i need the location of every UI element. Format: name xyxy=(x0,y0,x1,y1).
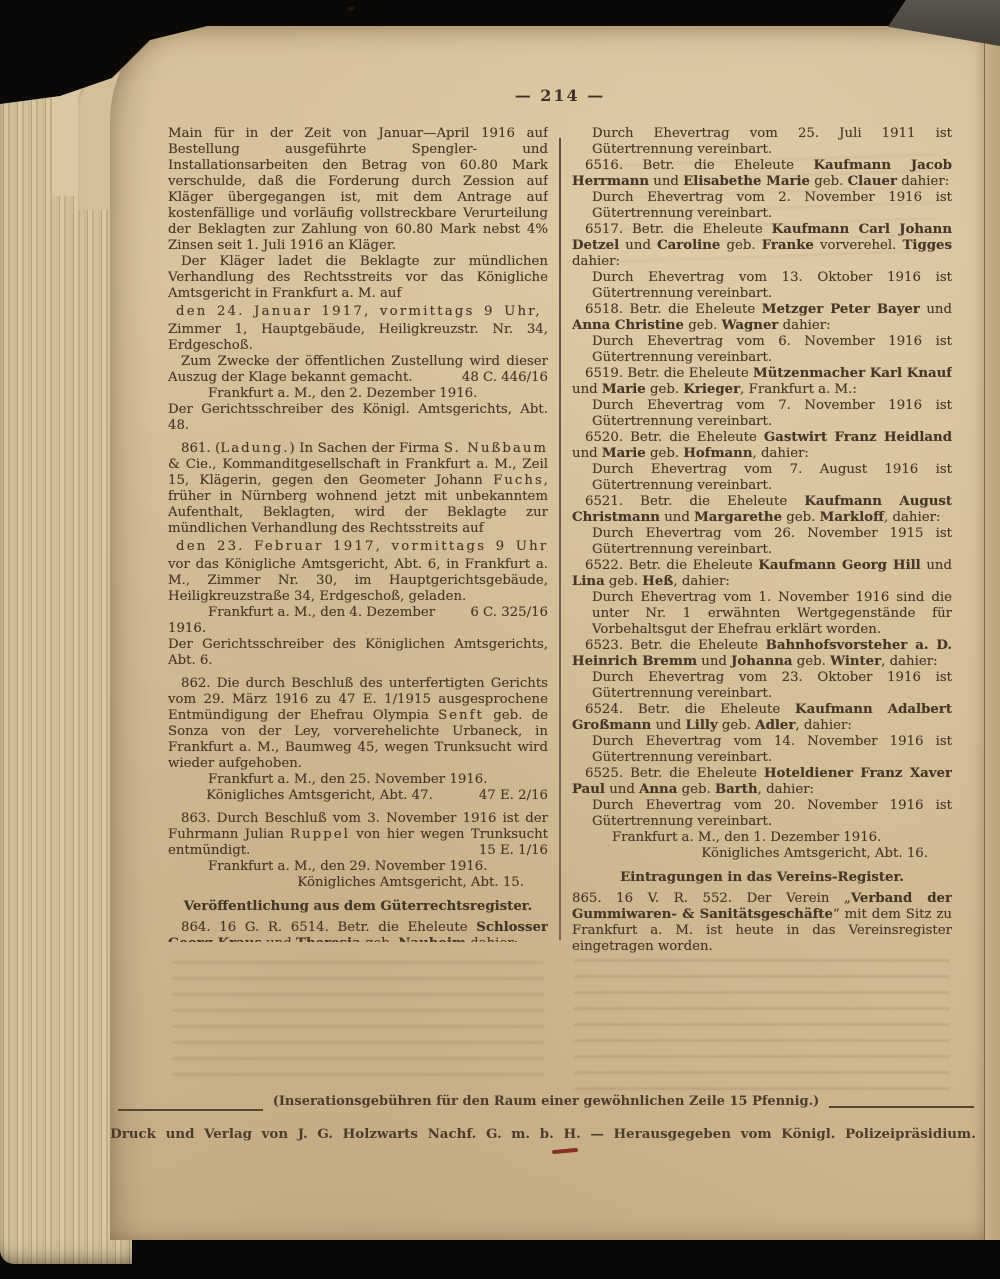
text-segment: geb. xyxy=(361,936,399,942)
text-segment: Der Gerichtsschreiber des Königl. Amtsge… xyxy=(168,402,548,433)
text-segment: Frankfurt a. M., den 1. Dezember 1916. xyxy=(612,830,881,845)
entry-6525: 6525. Betr. die Eheleute Hoteldiener Fra… xyxy=(572,766,952,798)
text-segment: Durch Ehevertrag vom 7. August 1916 ist … xyxy=(592,462,952,493)
contract-6518: Durch Ehevertrag vom 6. November 1916 is… xyxy=(592,334,952,366)
text-segment: Mützenmacher Karl Knauf xyxy=(753,366,952,381)
text-segment: Lina xyxy=(572,574,605,589)
court-signature-abt15: Königliches Amtsgericht, Abt. 15. xyxy=(168,875,548,891)
left-column: Main für in der Zeit von Januar—April 19… xyxy=(168,126,548,942)
text-segment: den 24. Januar 1917, vormittags 9 Uhr, xyxy=(176,304,542,319)
text-segment: und xyxy=(651,718,685,733)
entry-864-6514: 864. 16 G. R. 6514. Betr. die Eheleute S… xyxy=(168,920,548,942)
entry-6524: 6524. Betr. die Eheleute Kaufmann Adalbe… xyxy=(572,702,952,734)
text-segment: Durch Ehevertrag vom 23. Oktober 1916 is… xyxy=(592,670,952,701)
contract-6519: Durch Ehevertrag vom 7. November 1916 is… xyxy=(592,398,952,430)
bleedthrough-text-right xyxy=(574,950,950,1096)
text-segment: Veröffentlichung aus dem Güterrechtsregi… xyxy=(184,899,532,914)
text-segment: und xyxy=(262,936,296,942)
text-segment: Der Gerichtsschreiber des Königlichen Am… xyxy=(168,637,548,668)
text-segment: geb. xyxy=(782,510,820,525)
text-segment: Durch Ehevertrag vom 14. November 1916 i… xyxy=(592,734,952,765)
text-segment: 6520. Betr. die Eheleute xyxy=(585,430,764,445)
text-segment: und xyxy=(920,302,952,317)
heading-gueterrechtsregister: Veröffentlichung aus dem Güterrechtsregi… xyxy=(168,899,548,915)
text-segment: 865. 16 V. R. 552. Der Verein „ xyxy=(572,891,851,906)
text-segment: 6522. Betr. die Eheleute xyxy=(585,558,758,573)
contract-6521: Durch Ehevertrag vom 26. November 1915 i… xyxy=(592,526,952,558)
text-segment: Frankfurt a. M., den 2. Dezember 1916. xyxy=(208,386,477,401)
court-signature-abt16: Königliches Amtsgericht, Abt. 16. xyxy=(572,846,952,862)
text-segment: Gastwirt Franz Heidland xyxy=(764,430,952,445)
text-segment: Frankfurt a. M., den 29. November 1916. xyxy=(208,859,487,874)
text-segment: Nauheim xyxy=(398,936,466,942)
text-segment: , dahier: xyxy=(881,654,937,669)
entry-6521: 6521. Betr. die Eheleute Kaufmann August… xyxy=(572,494,952,526)
text-segment: Königliches Amtsgericht, Abt. 16. xyxy=(701,846,928,861)
text-segment: geb. xyxy=(718,718,756,733)
entry-6520: 6520. Betr. die Eheleute Gastwirt Franz … xyxy=(572,430,952,462)
entry-865-vereinsregister: 865. 16 V. R. 552. Der Verein „Verband d… xyxy=(572,891,952,954)
text-segment: 861. ( xyxy=(181,441,220,456)
entry-863-entmuendigung: 863. Durch Beschluß vom 3. November 1916… xyxy=(168,811,548,859)
contract-6523: Durch Ehevertrag vom 23. Oktober 1916 is… xyxy=(592,670,952,702)
text-segment: Frankfurt a. M., den 25. November 1916. xyxy=(208,772,487,787)
text-segment: 6524. Betr. die Eheleute xyxy=(585,702,795,717)
contract-6524: Durch Ehevertrag vom 14. November 1916 i… xyxy=(592,734,952,766)
text-segment: Theresia xyxy=(296,936,361,942)
text-segment: 864. 16 G. R. 6514. Betr. die Eheleute xyxy=(181,920,476,935)
text-segment: S. Nußbaum xyxy=(444,441,548,456)
text-segment: und xyxy=(921,558,952,573)
insertion-rate-text: (Inserationsgebühren für den Raum einer … xyxy=(273,1094,820,1109)
contract-6520: Durch Ehevertrag vom 7. August 1916 ist … xyxy=(592,462,952,494)
text-segment: , Frankfurt a. M.: xyxy=(740,382,857,397)
text-segment: Barth xyxy=(715,782,758,797)
text-segment: Anna xyxy=(639,782,677,797)
footer-rule-right xyxy=(829,1106,974,1108)
text-segment: geb. xyxy=(605,574,643,589)
text-segment: Hofmann xyxy=(683,446,752,461)
text-segment: Königliches Amtsgericht, Abt. 15. xyxy=(297,875,524,890)
public-service-note: Zum Zwecke der öffentlichen Zustellung w… xyxy=(168,354,548,386)
entry-6523: 6523. Betr. die Eheleute Bahnhofsvorsteh… xyxy=(572,638,952,670)
contract-6525: Durch Ehevertrag vom 20. November 1916 i… xyxy=(592,798,952,830)
text-segment: 6519. Betr. die Eheleute xyxy=(585,366,753,381)
text-segment: , dahier: xyxy=(673,574,729,589)
summons-intro: Der Kläger ladet die Beklagte zur mündli… xyxy=(168,254,548,302)
text-segment: vor das Königliche Amtsgericht, Abt. 6, … xyxy=(168,557,548,604)
text-segment: Markloff xyxy=(820,510,884,525)
text-segment: Metzger Peter Bayer xyxy=(762,302,920,317)
text-segment: 6523. Betr. die Eheleute xyxy=(585,638,766,653)
text-segment: Der Kläger ladet die Beklagte zur mündli… xyxy=(168,254,548,301)
text-segment: den 23. Februar 1917, vormittags 9 Uhr, xyxy=(176,539,548,554)
scanned-book-photo: — 214 — Main für in der Zeit von Januar—… xyxy=(0,0,1000,1279)
text-segment: , dahier: xyxy=(795,718,851,733)
text-segment: Marie xyxy=(602,382,646,397)
page-right-fold xyxy=(984,26,1000,1240)
entry-6522: 6522. Betr. die Eheleute Kaufmann Georg … xyxy=(572,558,952,590)
text-segment: dahier: xyxy=(778,318,830,333)
hearing-location-861: vor das Königliche Amtsgericht, Abt. 6, … xyxy=(168,557,548,605)
contract-6522: Durch Ehevertrag vom 1. November 1916 si… xyxy=(592,590,952,638)
hearing-date-860: den 24. Januar 1917, vormittags 9 Uhr, xyxy=(168,304,548,320)
entry-6519: 6519. Betr. die Eheleute Mützenmacher Ka… xyxy=(572,366,952,398)
text-segment: ) In Sachen der Firma xyxy=(290,441,444,456)
text-segment: Main für in der Zeit von Januar—April 19… xyxy=(168,126,548,253)
text-segment: Krieger xyxy=(683,382,740,397)
text-segment: Heß xyxy=(642,574,673,589)
continued-claim-text: Main für in der Zeit von Januar—April 19… xyxy=(168,126,548,254)
text-segment: , dahier: xyxy=(753,446,809,461)
text-segment: Wagner xyxy=(722,318,779,333)
text-segment: geb. xyxy=(793,654,831,669)
dateline-863: Frankfurt a. M., den 29. November 1916. xyxy=(168,859,548,875)
footer-rule-left xyxy=(118,1109,263,1111)
case-number-tag: 48 C. 446/16 xyxy=(443,370,548,386)
text-segment: Eintragungen in das Vereins-Register. xyxy=(620,870,904,885)
imprint-line: Druck und Verlag von J. G. Holzwarts Nac… xyxy=(110,1126,976,1142)
text-segment: , dahier: xyxy=(884,510,940,525)
text-segment: Königliches Amtsgericht, Abt. 47. xyxy=(206,788,433,803)
text-segment: Durch Ehevertrag vom 7. November 1916 is… xyxy=(592,398,952,429)
text-segment: geb. xyxy=(684,318,722,333)
text-segment: und xyxy=(697,654,731,669)
text-segment: Durch Ehevertrag vom 13. Oktober 1916 is… xyxy=(592,270,952,301)
text-segment: Ladung. xyxy=(220,441,289,456)
bleedthrough-text-top-right xyxy=(592,144,936,274)
dateline-862: Frankfurt a. M., den 25. November 1916.4… xyxy=(168,772,548,788)
text-segment: Durch Ehevertrag vom 1. November 1916 si… xyxy=(592,590,952,637)
text-segment: Senft xyxy=(438,708,484,723)
clerk-signature-abt48: Der Gerichtsschreiber des Königl. Amtsge… xyxy=(168,402,548,434)
text-segment: Margarethe xyxy=(694,510,782,525)
text-segment: 6518. Betr. die Eheleute xyxy=(585,302,762,317)
page-number: — 214 — xyxy=(168,86,952,105)
text-segment: und xyxy=(572,382,602,397)
text-segment: 6525. Betr. die Eheleute xyxy=(585,766,764,781)
hearing-date-861: den 23. Februar 1917, vormittags 9 Uhr, xyxy=(168,539,548,555)
text-segment: und xyxy=(660,510,694,525)
insertion-rate-line: (Inserationsgebühren für den Raum einer … xyxy=(118,1094,974,1109)
contract-6517: Durch Ehevertrag vom 13. Oktober 1916 is… xyxy=(592,270,952,302)
text-segment: und xyxy=(572,446,602,461)
text-segment: Kaufmann Georg Hill xyxy=(758,558,920,573)
case-number-tag: 47 E. 2/16 xyxy=(433,788,548,804)
dateline-860: Frankfurt a. M., den 2. Dezember 1916. xyxy=(168,386,548,402)
heading-vereinsregister: Eintragungen in das Vereins-Register. xyxy=(572,870,952,886)
clerk-signature-abt6: Der Gerichtsschreiber des Königlichen Am… xyxy=(168,637,548,669)
text-segment: Johanna xyxy=(731,654,792,669)
text-segment: Zimmer 1, Hauptgebäude, Heiligkreuzstr. … xyxy=(168,322,548,353)
text-segment: geb. xyxy=(677,782,715,797)
entry-862-entmuendigung-aufhebung: 862. Die durch Beschluß des unterfertigt… xyxy=(168,676,548,772)
text-segment: geb. xyxy=(646,382,684,397)
text-segment: dahier: xyxy=(466,936,518,942)
text-segment: Anna Christine xyxy=(572,318,684,333)
text-segment: & Cie., Kommanditgesellschaft in Frankfu… xyxy=(168,457,548,488)
text-segment: Durch Ehevertrag vom 6. November 1916 is… xyxy=(592,334,952,365)
text-segment: Fuchs xyxy=(493,473,544,488)
text-segment: , dahier: xyxy=(758,782,814,797)
text-segment: und xyxy=(605,782,639,797)
text-segment: 6521. Betr. die Eheleute xyxy=(585,494,804,509)
bleedthrough-text-left xyxy=(172,952,544,1080)
entry-861-ladung: 861. (Ladung.) In Sachen der Firma S. Nu… xyxy=(168,441,548,537)
text-segment: Durch Ehevertrag vom 20. November 1916 i… xyxy=(592,798,952,829)
text-segment: Winter xyxy=(830,654,881,669)
text-segment: geb. xyxy=(646,446,684,461)
text-segment: Durch Ehevertrag vom 26. November 1915 i… xyxy=(592,526,952,557)
case-number-tag: 6 C. 325/16 xyxy=(464,605,548,621)
text-segment: Frankfurt a. M., den 4. Dezember 1916. xyxy=(168,605,435,636)
column-divider-rule xyxy=(559,138,561,940)
text-segment: Lilly xyxy=(685,718,717,733)
case-number-tag: 15 E. 1/16 xyxy=(460,843,548,859)
text-segment: Adler xyxy=(755,718,795,733)
dateline-gueterregister: Frankfurt a. M., den 1. Dezember 1916. xyxy=(572,830,952,846)
entry-6518: 6518. Betr. die Eheleute Metzger Peter B… xyxy=(572,302,952,334)
text-segment: Marie xyxy=(602,446,646,461)
text-segment: Ruppel xyxy=(290,827,350,842)
hearing-location-860: Zimmer 1, Hauptgebäude, Heiligkreuzstr. … xyxy=(168,322,548,354)
dust-speck xyxy=(347,6,355,11)
